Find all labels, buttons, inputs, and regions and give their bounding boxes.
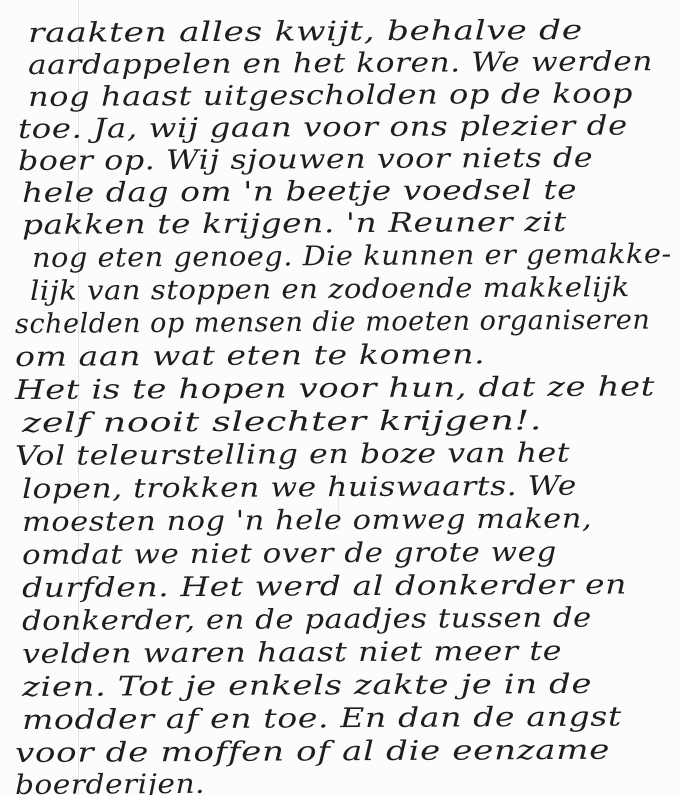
text-line: boerderijen. — [15, 769, 205, 795]
text-line: modder af en toe. En dan de angst — [22, 702, 622, 736]
text-line: om aan wat eten te komen. — [15, 339, 485, 373]
text-line: boer op. Wij sjouwen voor niets de — [18, 143, 593, 177]
text-line: Het is te hopen voor hun, dat ze het — [15, 371, 655, 406]
text-line: voor de moffen of al die eenzame — [15, 735, 610, 769]
text-line: schelden op mensen die moeten organisere… — [15, 305, 651, 340]
letter-page: raakten alles kwijt, behalve deaardappel… — [0, 0, 680, 795]
text-line: raakten alles kwijt, behalve de — [28, 15, 583, 49]
text-line: lijk van stoppen en zodoende makkelijk — [30, 272, 630, 307]
text-line: pakken te krijgen. 'n Reuner zit — [22, 207, 567, 241]
text-line: omdat we niet over de grote weg — [22, 537, 557, 571]
text-line: aardappelen en het koren. We werden — [28, 46, 653, 81]
text-line: toe. Ja, wij gaan voor ons plezier de — [18, 110, 628, 145]
handwritten-text: raakten alles kwijt, behalve deaardappel… — [0, 0, 680, 795]
text-line: hele dag om 'n beetje voedsel te — [22, 175, 577, 209]
text-line: lopen, trokken we huiswaarts. We — [22, 471, 577, 505]
text-line: zelf nooit slechter krijgen!. — [22, 405, 542, 439]
text-line: nog eten genoeg. Die kunnen er gemakke- — [32, 239, 672, 274]
text-line: durfden. Het werd al donkerder en — [22, 570, 627, 604]
text-line: velden waren haast niet meer te — [22, 636, 562, 670]
text-line: donkerder, en de paadjes tussen de — [22, 602, 592, 637]
text-line: zien. Tot je enkels zakte je in de — [22, 669, 592, 703]
text-line: Vol teleurstelling en boze van het — [15, 438, 570, 472]
text-line: moesten nog 'n hele omweg maken, — [22, 503, 592, 538]
text-line: nog haast uitgescholden op de koop — [28, 78, 633, 113]
